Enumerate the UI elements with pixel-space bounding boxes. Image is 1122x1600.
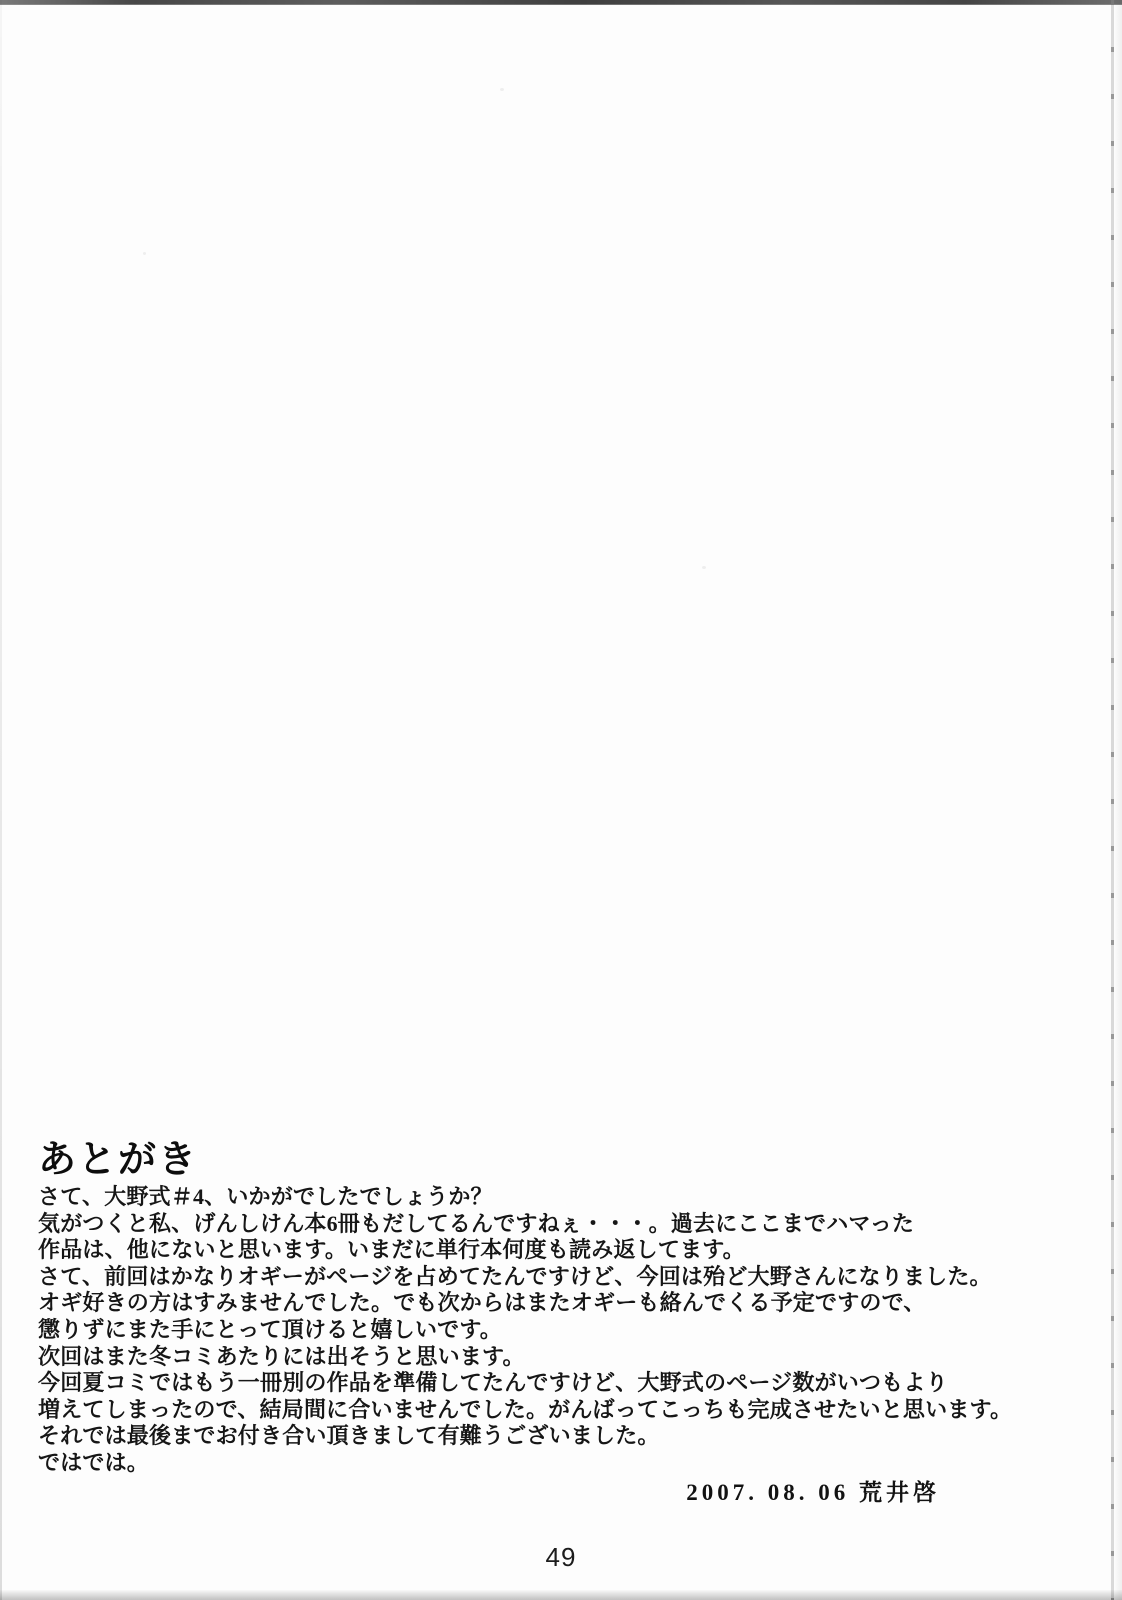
afterword-date-signature: 2007. 08. 06 荒井啓 <box>38 1479 1028 1507</box>
page-number: 49 <box>0 1542 1122 1573</box>
scan-edge-right-line <box>1111 0 1114 1600</box>
afterword-line: 今回夏コミではもう一冊別の作品を準備してたんですけど、大野式のページ数がいつもよ… <box>38 1370 1028 1397</box>
afterword-line: ではでは。 <box>38 1450 1028 1477</box>
scan-edge-left <box>0 0 2 1600</box>
paper-speck <box>500 88 504 91</box>
paper-speck <box>143 252 146 255</box>
afterword-line: 増えてしまったので、結局間に合いませんでした。がんばってこっちも完成させたいと思… <box>38 1397 1028 1424</box>
afterword-line: それでは最後までお付き合い頂きまして有難うございました。 <box>38 1423 1028 1450</box>
afterword-line: 作品は、他にないと思います。いまだに単行本何度も読み返してます。 <box>38 1237 1028 1264</box>
paper-speck <box>702 566 706 569</box>
afterword-section: あとがき さて、大野式＃4、いかがでしたでしょうか？ 気がつくと私、げんしけん本… <box>38 1138 1028 1507</box>
scanned-page: あとがき さて、大野式＃4、いかがでしたでしょうか？ 気がつくと私、げんしけん本… <box>0 0 1122 1600</box>
afterword-title: あとがき <box>38 1138 1028 1182</box>
afterword-line: 次回はまた冬コミあたりには出そうと思います。 <box>38 1344 1028 1371</box>
scan-edge-bottom <box>0 1590 1122 1600</box>
scan-edge-top <box>0 0 1122 5</box>
scan-edge-right-shade <box>1114 0 1122 1600</box>
afterword-line: 懲りずにまた手にとって頂けると嬉しいです。 <box>38 1317 1028 1344</box>
afterword-line: オギ好きの方はすみませんでした。でも次からはまたオギーも絡んでくる予定ですので、 <box>38 1290 1028 1317</box>
afterword-line: 気がつくと私、げんしけん本6冊もだしてるんですねぇ・・・。過去にここまでハマった <box>38 1211 1028 1238</box>
afterword-line: さて、前回はかなりオギーがページを占めてたんですけど、今回は殆ど大野さんになりま… <box>38 1264 1028 1291</box>
afterword-line: さて、大野式＃4、いかがでしたでしょうか？ <box>38 1184 1028 1211</box>
